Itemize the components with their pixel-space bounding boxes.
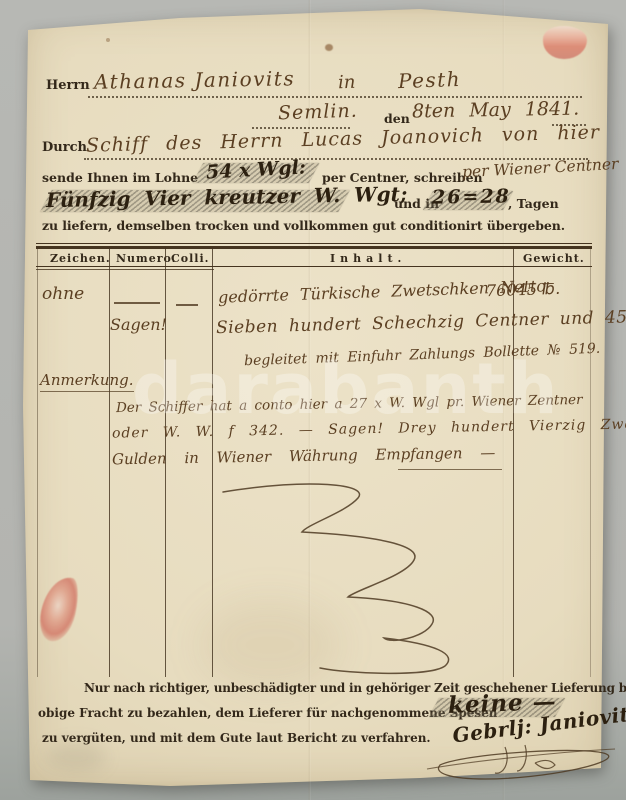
addressee-label: Herrn xyxy=(46,78,90,93)
ink-speck xyxy=(106,38,110,42)
col-header-gewicht: Gewicht. xyxy=(523,252,585,265)
addressee-connector: in xyxy=(338,72,356,94)
addressee-name: Athanas Janiovits xyxy=(94,66,296,94)
entry-gewicht: 76045 ℔. xyxy=(486,279,561,301)
entry-sagen-label: Sagen! xyxy=(110,315,167,334)
entry-zeichen: ohne xyxy=(42,284,84,304)
ink-stain xyxy=(325,44,333,51)
corner-smudge xyxy=(46,742,106,772)
entry-note-line2: oder W. W. f 342. — Sagen! Drey hundert … xyxy=(112,416,626,441)
photo-of-document: Herrn Athanas Janiovits in Pesth Semlin.… xyxy=(0,0,626,800)
entry-inhalt-line3: begleitet mit Einfuhr Zahlungs Bollette … xyxy=(244,341,601,369)
col-header-zeichen: Zeichen. xyxy=(50,252,111,265)
document-content: Herrn Athanas Janiovits in Pesth Semlin.… xyxy=(0,0,626,800)
footer-clause-line3: zu vergüten, und mit dem Gute laut Beric… xyxy=(42,731,431,745)
table-border-left xyxy=(37,247,38,677)
wax-seal-left xyxy=(36,573,83,645)
cancellation-flourish xyxy=(200,472,465,682)
wax-seal-top-right xyxy=(543,26,587,59)
table-header-bottom-rule xyxy=(36,266,592,267)
days-written: 26=28 xyxy=(432,185,511,208)
table-top-rule-thick xyxy=(36,246,592,249)
addressee-city: Pesth xyxy=(398,67,462,93)
place-written: Semlin. xyxy=(278,100,358,125)
delivery-clause: zu liefern, demselben trocken und vollko… xyxy=(42,218,565,233)
fill-line-addressee xyxy=(88,95,582,98)
numero-dash xyxy=(114,302,160,304)
date-label: den xyxy=(384,111,410,126)
footer-clause-line2: obige Fracht zu bezahlen, dem Lieferer f… xyxy=(38,706,497,720)
days-post-label: , Tagen xyxy=(508,196,559,211)
signature-flourish xyxy=(425,735,620,785)
entry-note-label: Anmerkung. xyxy=(40,371,134,392)
date-written: 8ten May 1841. xyxy=(412,98,580,123)
via-label: Durch xyxy=(42,140,87,155)
table-header-bottom-rule-2 xyxy=(36,269,214,270)
entry-inhalt-line2: Sieben hundert Schechzig Centner und 45.… xyxy=(216,306,626,338)
entry-note-line3: Gulden in Wiener Währung Empfangen — xyxy=(112,444,496,469)
col-header-colli: Colli. xyxy=(171,252,209,265)
rate-words-written: Fünfzig Vier kreutzer W. Wgt; xyxy=(46,182,408,212)
empfangen-underline xyxy=(398,469,502,470)
col-header-numero: Numero. xyxy=(116,252,176,265)
wage-pre-label: sende Ihnen im Lohne xyxy=(42,170,198,185)
table-divider-1 xyxy=(109,247,110,677)
col-header-inhalt: Inhalt. xyxy=(330,252,406,265)
colli-dash xyxy=(176,304,198,306)
table-top-rule-thin xyxy=(36,243,592,244)
